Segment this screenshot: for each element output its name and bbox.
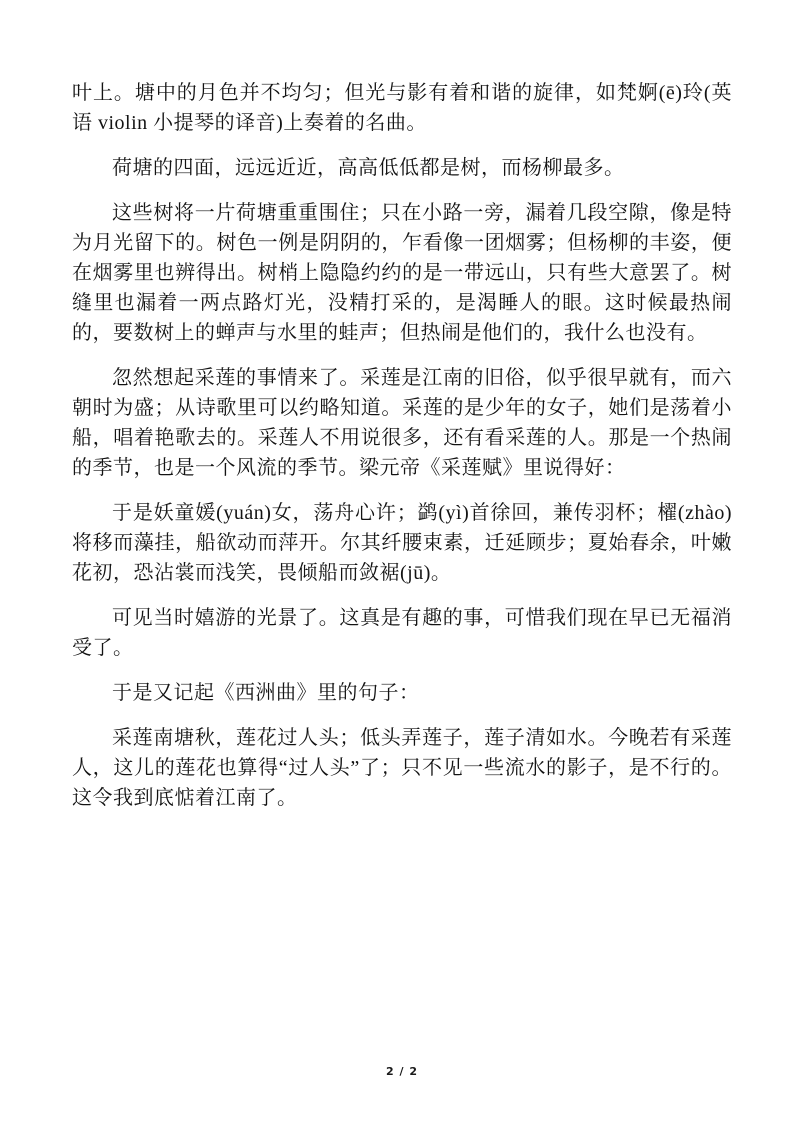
page-body: 叶上。塘中的月色并不均匀；但光与影有着和谐的旋律，如梵婀(ē)玲(英语 viol… xyxy=(72,78,732,828)
document-page: 叶上。塘中的月色并不均匀；但光与影有着和谐的旋律，如梵婀(ē)玲(英语 viol… xyxy=(0,0,804,1137)
paragraph: 这些树将一片荷塘重重围住；只在小路一旁，漏着几段空隙，像是特为月光留下的。树色一… xyxy=(72,198,732,348)
page-number: 2 / 2 xyxy=(386,1065,418,1078)
paragraph: 可见当时嬉游的光景了。这真是有趣的事，可惜我们现在早已无福消受了。 xyxy=(72,603,732,663)
paragraph: 采莲南塘秋，莲花过人头；低头弄莲子，莲子清如水。今晚若有采莲人，这儿的莲花也算得… xyxy=(72,723,732,813)
page-footer: 2 / 2 xyxy=(0,1062,804,1080)
paragraph: 叶上。塘中的月色并不均匀；但光与影有着和谐的旋律，如梵婀(ē)玲(英语 viol… xyxy=(72,78,732,138)
paragraph: 于是妖童媛(yuán)女，荡舟心许；鹢(yì)首徐回，兼传羽杯；櫂(zhào)将… xyxy=(72,498,732,588)
paragraph: 于是又记起《西洲曲》里的句子： xyxy=(72,678,732,708)
paragraph: 荷塘的四面，远远近近，高高低低都是树，而杨柳最多。 xyxy=(72,153,732,183)
paragraph: 忽然想起采莲的事情来了。采莲是江南的旧俗，似乎很早就有，而六朝时为盛；从诗歌里可… xyxy=(72,363,732,483)
